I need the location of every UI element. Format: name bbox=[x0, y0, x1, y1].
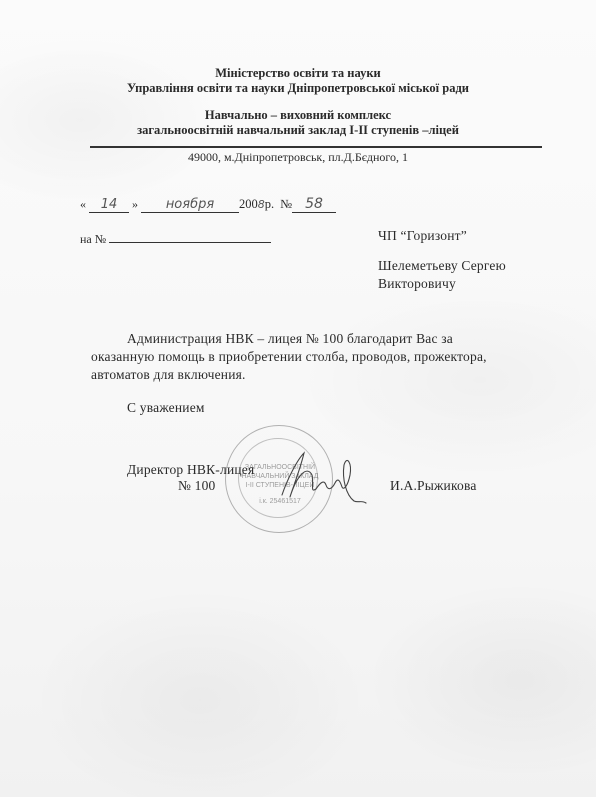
body-line-1: Администрация НВК – лицея № 100 благодар… bbox=[127, 331, 453, 347]
recipient-org: ЧП “Горизонт” bbox=[378, 228, 467, 244]
body-line-3: автоматов для включения. bbox=[91, 367, 246, 383]
body-line-2: оказанную помощь в приобретении столба, … bbox=[91, 349, 487, 365]
letterhead-complex: Навчально – виховний комплекс bbox=[0, 108, 596, 123]
doc-number: 58 bbox=[292, 196, 336, 213]
scanned-letter-page: Міністерство освіти та науки Управління … bbox=[0, 0, 596, 797]
signatory-title-line1: Директор НВК-лицея bbox=[127, 462, 254, 478]
reference-value bbox=[109, 230, 271, 243]
letterhead-institution: загальноосвітній навчальний заклад І-ІІ … bbox=[0, 123, 596, 138]
letterhead-department: Управління освіти та науки Дніпропетровс… bbox=[0, 81, 596, 96]
recipient-name-line1: Шелеметьеву Сергею bbox=[378, 258, 506, 274]
letterhead-address: 49000, м.Дніпропетровськ, пл.Д.Бєдного, … bbox=[0, 150, 596, 165]
date-day: 14 bbox=[89, 197, 129, 213]
signatory-name: И.А.Рыжикова bbox=[390, 478, 477, 494]
date-year-abbr: р. bbox=[265, 197, 274, 211]
date-open-quote: « bbox=[80, 197, 86, 211]
reference-line: на № bbox=[80, 230, 271, 247]
date-year-suffix: 8 bbox=[258, 198, 265, 211]
date-line: « 14 » ноября2008р. №58 bbox=[80, 196, 336, 213]
closing-regards: С уважением bbox=[127, 400, 205, 416]
signatory-title-line2: № 100 bbox=[178, 478, 216, 494]
letterhead-ministry: Міністерство освіти та науки bbox=[0, 66, 596, 81]
letterhead-divider bbox=[90, 146, 542, 148]
date-close-quote: » bbox=[132, 197, 138, 211]
date-month: ноября bbox=[141, 197, 239, 213]
reference-label: на № bbox=[80, 232, 106, 246]
doc-number-label: № bbox=[280, 197, 292, 211]
date-year-prefix: 200 bbox=[239, 197, 258, 211]
recipient-name-line2: Викторовичу bbox=[378, 276, 456, 292]
handwritten-signature-icon bbox=[262, 445, 372, 515]
